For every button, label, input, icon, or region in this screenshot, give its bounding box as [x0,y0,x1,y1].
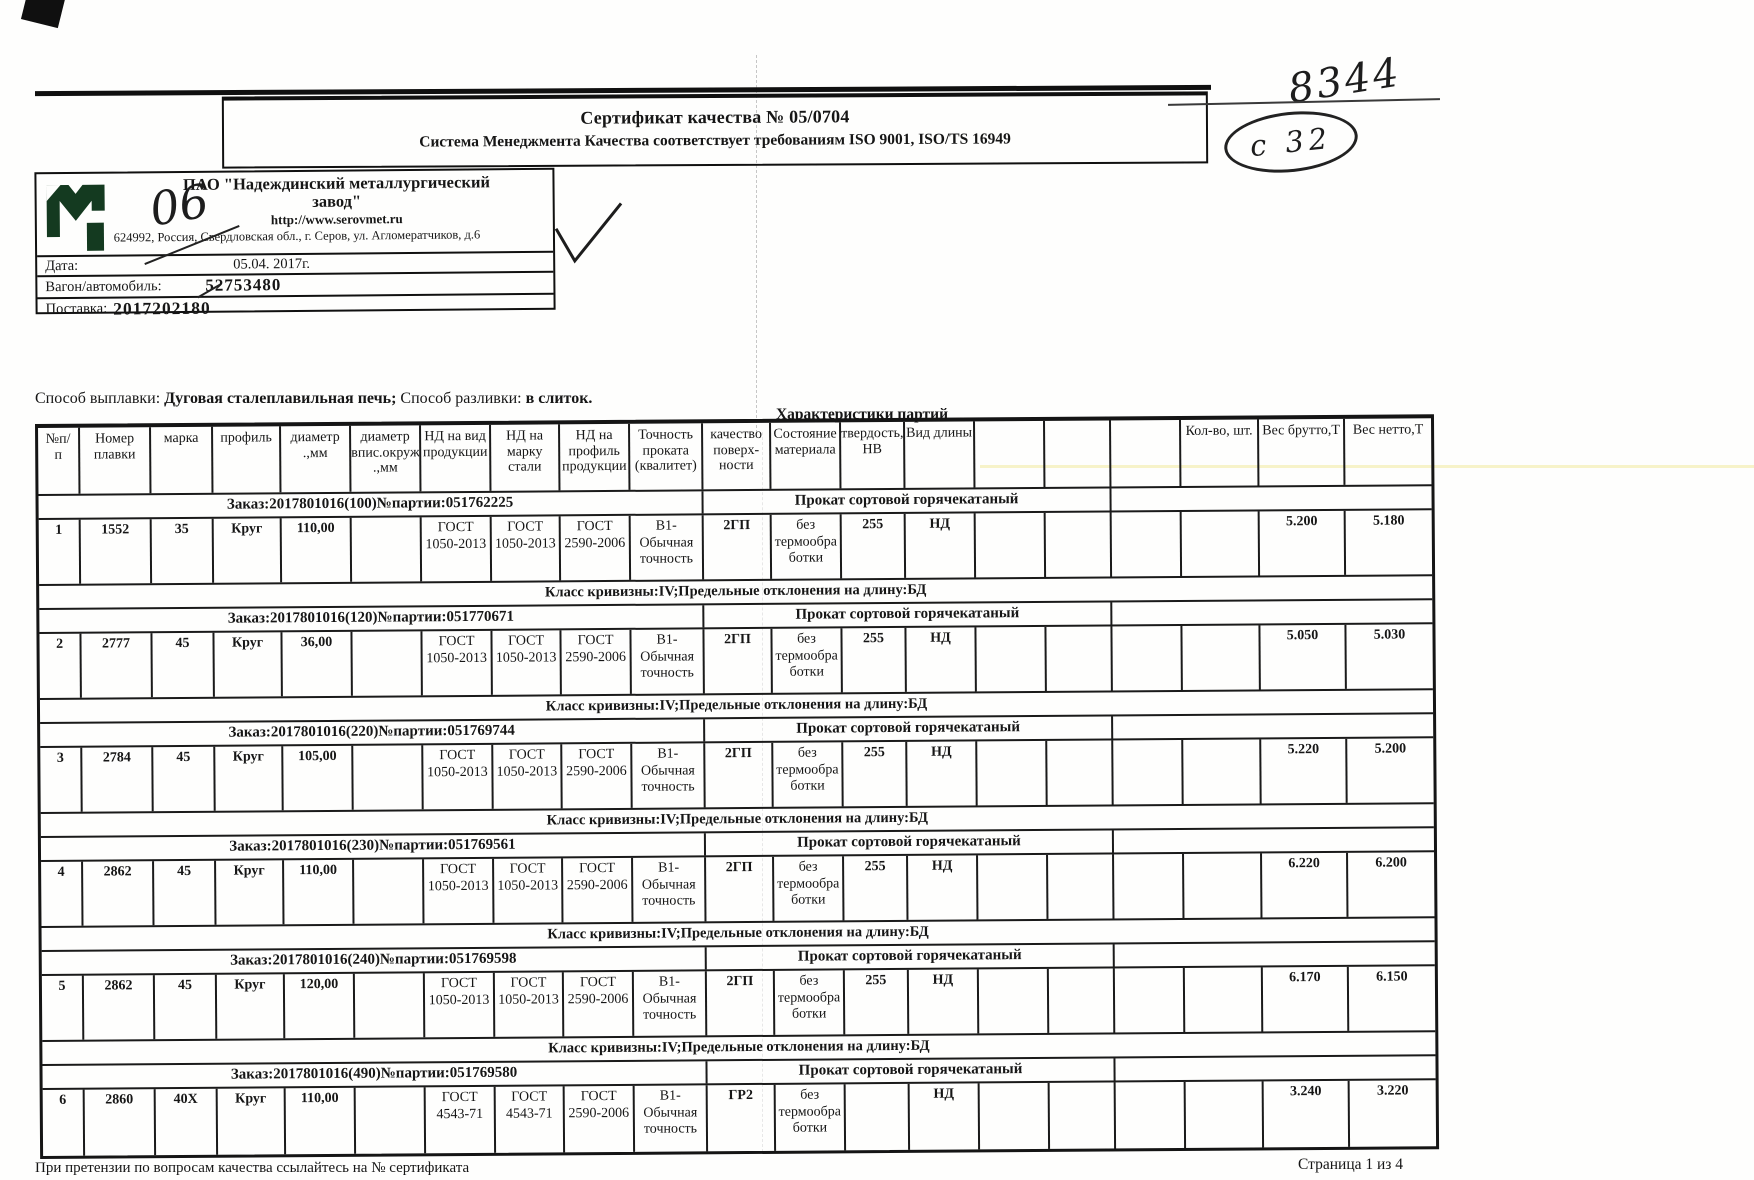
data-cell-15 [1046,512,1112,576]
data-cell-13: НД [906,513,976,577]
column-header-3: профиль [213,426,281,492]
band-empty-cell [1111,486,1431,510]
certificate-title: Сертификат качества № 05/0704 [224,104,1206,130]
data-cell-10: 2ГП [706,857,774,921]
table-row: 2277745Круг36,00ГОСТ 1050-2013ГОСТ 1050-… [39,624,1432,700]
column-header-1: Номер плавки [80,427,151,493]
table-row: 3278445Круг105,00ГОСТ 1050-2013ГОСТ 1050… [40,738,1433,814]
data-cell-19: 5.200 [1347,738,1433,803]
data-cell-9: В1- Обычная точность [631,629,704,694]
data-cell-11: без термообра ботки [775,970,845,1034]
batch-characteristics-table: №п/ пНомер плавкимаркапрофильдиаметр .,м… [35,414,1439,1159]
supply-label: Поставка: [46,300,108,318]
data-cell-19: 6.150 [1349,966,1435,1031]
data-cell-4: 110,00 [284,860,354,924]
data-cell-0: 1 [39,520,81,584]
data-cell-2: 45 [154,861,216,925]
footer-claims-note: При претензии по вопросам качества ссыла… [35,1160,469,1177]
column-header-13: Вид длины [905,421,975,487]
data-cell-13: НД [909,969,979,1033]
data-cell-2: 45 [152,633,214,697]
data-cell-12: 255 [843,742,907,806]
data-cell-16 [1115,968,1185,1032]
column-header-2: марка [151,427,213,493]
data-cell-6: ГОСТ 1050-2013 [422,517,492,581]
order-line: Заказ:2017801016(490)№партии:051769580 [42,1061,707,1088]
date-label: Дата: [45,256,205,274]
data-cell-14 [980,1083,1050,1149]
data-cell-5 [356,1087,426,1153]
band-empty-cell [1115,942,1435,966]
handwritten-mark-06: 06 [146,173,213,236]
data-cell-5 [355,973,425,1037]
data-cell-18: 5.220 [1261,739,1347,804]
product-group-title: Прокат сортовой горячекатаный [707,944,1115,969]
data-cell-4: 110,00 [286,1088,356,1154]
table-header-row: №п/ пНомер плавкимаркапрофильдиаметр .,м… [38,418,1431,496]
data-cell-1: 2784 [82,747,153,811]
product-group-title: Прокат сортовой горячекатаный [706,830,1114,855]
data-cell-3: Круг [215,746,283,810]
data-cell-1: 2862 [83,861,154,925]
data-cell-12: 255 [844,856,908,920]
data-cell-5 [354,859,424,923]
cast-method-value: в слиток. [526,390,593,407]
column-header-19: Вес нетто,Т [1345,418,1431,485]
data-cell-2: 40Х [156,1089,218,1155]
band-empty-cell [1112,600,1432,624]
data-cell-0: 6 [43,1090,85,1156]
product-group-title: Прокат сортовой горячекатаный [704,602,1112,627]
date-value: 05.04. 2017г. [233,255,310,273]
data-cell-2: 45 [153,747,215,811]
data-cell-1: 2777 [81,633,152,697]
data-cell-17 [1186,1081,1264,1148]
data-cell-2: 35 [152,519,214,583]
data-cell-17 [1183,739,1261,804]
data-cell-3: Круг [214,632,282,696]
column-header-7: НД на марку стали [491,424,560,490]
column-header-4: диаметр .,мм [281,426,351,492]
data-cell-11: без термообра ботки [772,514,842,578]
data-cell-16 [1114,854,1184,918]
data-cell-0: 3 [40,748,82,812]
table-row: 4286245Круг110,00ГОСТ 1050-2013ГОСТ 1050… [41,852,1434,928]
company-address: 624992, Россия, Свердловская обл., г. Се… [47,227,547,246]
page-indicator: Страница 1 из 4 [1298,1156,1403,1174]
data-cell-16 [1116,1082,1186,1148]
process-line: Способ выплавки: Дуговая сталеплавильная… [35,390,592,408]
wagon-label: Вагон/автомобиль: [45,277,205,295]
handwritten-check-mark [548,191,625,272]
data-cell-4: 36,00 [282,632,352,696]
data-cell-9: В1- Обычная точность [633,857,706,922]
data-cell-10: 2ГП [705,743,773,807]
column-header-9: Точность проката (квалитет) [630,423,703,490]
product-group-title: Прокат сортовой горячекатаный [705,716,1113,741]
table-row: 1155235Круг110,00ГОСТ 1050-2013ГОСТ 1050… [39,510,1432,586]
data-cell-5 [352,517,422,581]
data-cell-1: 2862 [84,975,155,1039]
data-cell-11: без термообра ботки [773,742,843,806]
data-cell-19: 5.030 [1346,624,1432,689]
data-cell-12: 255 [842,514,906,578]
column-header-15 [1045,420,1111,486]
data-cell-14 [977,741,1047,805]
data-cell-3: Круг [216,860,284,924]
data-cell-13: НД [906,627,976,691]
data-cell-3: Круг [214,518,282,582]
column-header-0: №п/ п [38,428,80,494]
data-cell-0: 4 [41,862,83,926]
data-cell-10: ГР2 [708,1085,776,1151]
data-cell-7: ГОСТ 4543-71 [496,1086,565,1152]
product-group-title: Прокат сортовой горячекатаный [703,488,1111,513]
data-cell-15 [1047,740,1113,804]
data-cell-9: В1- Обычная точность [635,1085,708,1152]
column-header-18: Вес брутто,Т [1259,419,1345,486]
band-empty-cell [1113,714,1433,738]
data-cell-4: 110,00 [282,518,352,582]
data-cell-11: без термообра ботки [774,856,844,920]
data-cell-8: ГОСТ 2590-2006 [565,1086,635,1152]
table-row: 6286040ХКруг110,00ГОСТ 4543-71ГОСТ 4543-… [43,1080,1436,1156]
data-cell-6: ГОСТ 1050-2013 [424,859,494,923]
data-cell-10: 2ГП [707,971,775,1035]
data-cell-18: 6.220 [1262,853,1348,918]
data-cell-10: 2ГП [704,629,772,693]
data-cell-19: 6.200 [1348,852,1434,917]
order-line: Заказ:2017801016(240)№партии:051769598 [42,947,707,974]
data-cell-13: НД [910,1083,980,1149]
data-cell-11: без термообра ботки [776,1084,846,1150]
supply-row: Поставка: 2017202180 [37,293,553,320]
supply-value: 2017202180 [113,297,211,319]
data-cell-19: 5.180 [1346,510,1432,575]
data-cell-14 [978,855,1048,919]
data-cell-9: В1- Обычная точность [632,743,705,808]
data-cell-13: НД [908,855,978,919]
column-header-5: диаметр впис.окруж .,мм [351,425,421,491]
data-cell-14 [979,969,1049,1033]
order-line: Заказ:2017801016(220)№партии:051769744 [40,719,705,746]
cast-method-label: Способ разливки: [400,390,521,407]
data-cell-0: 5 [42,976,84,1040]
handwritten-circled-code: c 32 [1221,105,1361,179]
data-cell-16 [1112,512,1182,576]
column-header-11: Состояние материала [771,422,841,488]
melt-method-label: Способ выплавки: [35,390,160,407]
data-cell-0: 2 [39,634,81,698]
table-row: 5286245Круг120,00ГОСТ 1050-2013ГОСТ 1050… [42,966,1435,1042]
data-cell-12: 255 [842,628,906,692]
data-cell-4: 105,00 [283,746,353,810]
company-header: ПАО "Надеждинский металлургический завод… [36,173,553,255]
column-header-12: твердость, НВ [841,422,905,488]
column-header-14 [975,421,1045,487]
scan-corner-artifact [21,0,65,28]
certificate-subtitle: Система Менеджмента Качества соответству… [224,129,1206,152]
scanned-certificate-page: Сертификат качества № 05/0704 Система Ме… [0,0,1754,1180]
data-cell-16 [1112,626,1182,690]
data-cell-6: ГОСТ 4543-71 [426,1087,496,1153]
data-cell-3: Круг [218,1088,286,1154]
data-cell-13: НД [907,741,977,805]
column-header-10: качество поверх- ности [703,423,771,489]
order-line: Заказ:2017801016(100)№партии:051762225 [39,491,704,518]
data-cell-11: без термообра ботки [772,628,842,692]
data-cell-7: ГОСТ 1050-2013 [494,858,563,922]
data-cell-7: ГОСТ 1050-2013 [493,744,562,808]
data-cell-6: ГОСТ 1050-2013 [425,973,495,1037]
data-cell-12 [846,1084,910,1150]
data-cell-10: 2ГП [704,515,772,579]
data-cell-17 [1182,625,1260,690]
data-cell-17 [1184,853,1262,918]
data-cell-15 [1049,968,1115,1032]
company-logo [44,183,107,254]
data-cell-9: В1- Обычная точность [634,971,707,1036]
data-cell-12: 255 [845,970,909,1034]
data-cell-5 [352,631,422,695]
data-cell-6: ГОСТ 1050-2013 [423,745,493,809]
data-cell-1: 2860 [85,1089,156,1155]
data-cell-8: ГОСТ 2590-2006 [561,630,631,694]
data-cell-17 [1185,967,1263,1032]
data-cell-8: ГОСТ 2590-2006 [561,516,631,580]
certificate-title-box: Сертификат качества № 05/0704 Система Ме… [222,91,1208,168]
column-header-6: НД на вид продукции [421,425,491,491]
data-cell-2: 45 [155,975,217,1039]
column-header-17: Кол-во, шт. [1181,419,1259,486]
melt-method-value: Дуговая сталеплавильная печь; [164,390,396,407]
data-cell-6: ГОСТ 1050-2013 [422,631,492,695]
data-cell-18: 5.050 [1260,625,1346,690]
data-cell-7: ГОСТ 1050-2013 [495,972,564,1036]
band-empty-cell [1114,828,1434,852]
data-cell-15 [1050,1082,1116,1148]
data-cell-8: ГОСТ 2590-2006 [564,972,634,1036]
data-cell-5 [353,745,423,809]
data-cell-7: ГОСТ 1050-2013 [492,630,561,694]
company-info-box: ПАО "Надеждинский металлургический завод… [34,168,555,315]
order-line: Заказ:2017801016(120)№партии:051770671 [39,605,704,632]
column-header-8: НД на профиль продукции [560,424,630,490]
data-cell-1: 1552 [81,519,152,583]
data-cell-14 [976,627,1046,691]
data-cell-15 [1048,854,1114,918]
data-cell-3: Круг [217,974,285,1038]
data-cell-16 [1113,740,1183,804]
data-cell-9: В1- Обычная точность [631,515,704,580]
band-empty-cell [1115,1056,1435,1080]
data-cell-15 [1046,626,1112,690]
data-cell-7: ГОСТ 1050-2013 [492,516,561,580]
data-cell-14 [976,513,1046,577]
data-cell-18: 6.170 [1263,967,1349,1032]
data-cell-8: ГОСТ 2590-2006 [562,744,632,808]
data-cell-17 [1182,511,1260,576]
handwritten-number: 8344 [1285,49,1405,112]
data-cell-18: 5.200 [1260,511,1346,576]
handwritten-circle-text: c 32 [1248,121,1333,163]
product-group-title: Прокат сортовой горячекатаный [707,1058,1115,1083]
data-cell-19: 3.220 [1350,1080,1436,1147]
data-cell-8: ГОСТ 2590-2006 [563,858,633,922]
order-line: Заказ:2017801016(230)№партии:051769561 [41,833,706,860]
column-header-16 [1111,420,1181,486]
data-cell-4: 120,00 [285,974,355,1038]
data-cell-18: 3.240 [1264,1081,1350,1148]
